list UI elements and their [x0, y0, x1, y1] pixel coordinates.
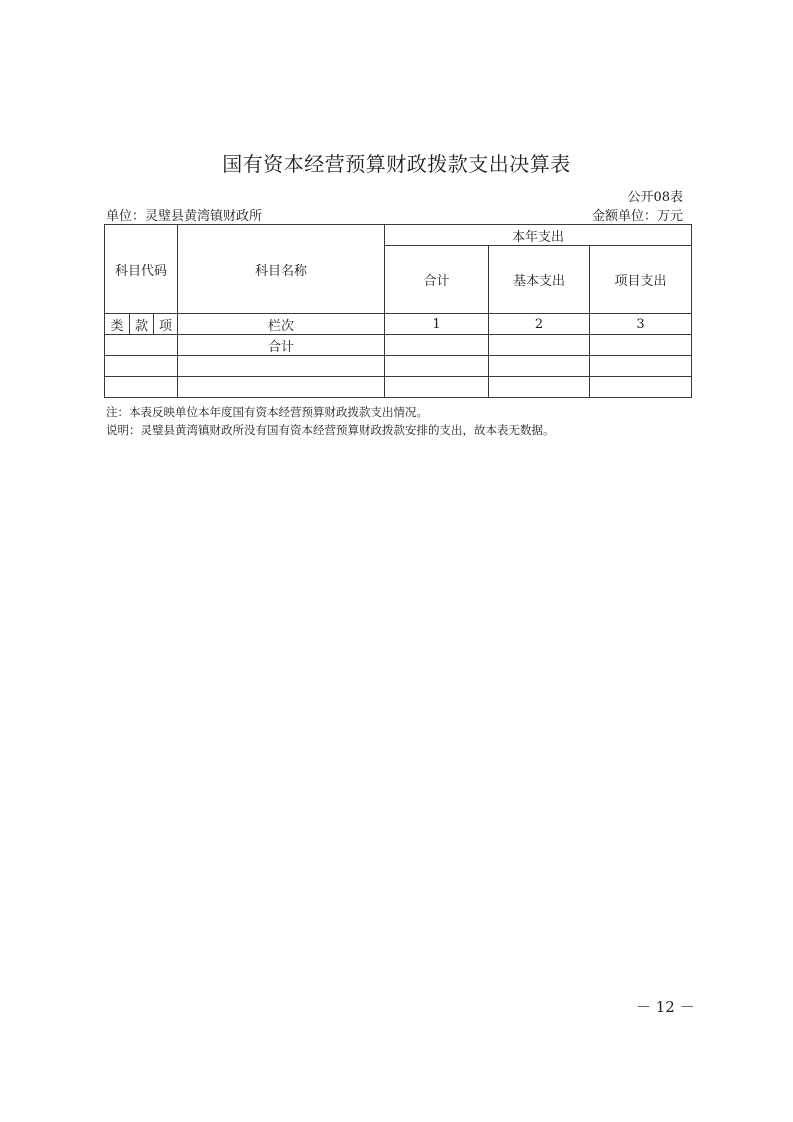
header-row-1: 科目代码 科目名称 本年支出 [105, 225, 692, 246]
page-number: － 12 － [636, 996, 695, 1017]
row-name [178, 356, 385, 377]
expenditure-table: 科目代码 科目名称 本年支出 合计 基本支出 项目支出 类 款 项 栏次 1 2… [104, 224, 692, 398]
index-col-3: 3 [590, 314, 692, 335]
row-total [385, 377, 489, 398]
row-total [385, 356, 489, 377]
total-label: 合计 [178, 335, 385, 356]
notes: 注：本表反映单位本年度国有资本经营预算财政拨款支出情况。 说明：灵璧县黄湾镇财政… [106, 403, 555, 439]
table-explanation: 说明：灵璧县黄湾镇财政所没有国有资本经营预算财政拨款安排的支出，故本表无数据。 [106, 421, 555, 439]
header-project-expenditure: 项目支出 [590, 246, 692, 314]
index-col-1: 1 [385, 314, 489, 335]
table-row [105, 377, 692, 398]
index-section: 款 [130, 314, 154, 335]
row-basic [489, 356, 590, 377]
form-number: 公开08表 [627, 186, 683, 205]
total-basic [489, 335, 590, 356]
row-code [105, 356, 178, 377]
index-class: 类 [105, 314, 130, 335]
row-basic [489, 377, 590, 398]
header-basic-expenditure: 基本支出 [489, 246, 590, 314]
reporting-unit: 单位：灵璧县黄湾镇财政所 [106, 205, 262, 224]
index-col-2: 2 [489, 314, 590, 335]
row-code [105, 377, 178, 398]
table-note: 注：本表反映单位本年度国有资本经营预算财政拨款支出情况。 [106, 403, 555, 421]
row-project [590, 356, 692, 377]
table-row [105, 356, 692, 377]
row-name [178, 377, 385, 398]
header-current-year-expenditure: 本年支出 [385, 225, 692, 246]
total-row: 合计 [105, 335, 692, 356]
money-unit: 金额单位：万元 [592, 205, 683, 224]
index-column-label: 栏次 [178, 314, 385, 335]
total-project [590, 335, 692, 356]
total-code [105, 335, 178, 356]
header-total: 合计 [385, 246, 489, 314]
page-title: 国有资本经营预算财政拨款支出决算表 [0, 148, 793, 177]
header-subject-code: 科目代码 [105, 225, 178, 314]
index-row: 类 款 项 栏次 1 2 3 [105, 314, 692, 335]
header-subject-name: 科目名称 [178, 225, 385, 314]
row-project [590, 377, 692, 398]
index-item: 项 [154, 314, 178, 335]
total-value [385, 335, 489, 356]
